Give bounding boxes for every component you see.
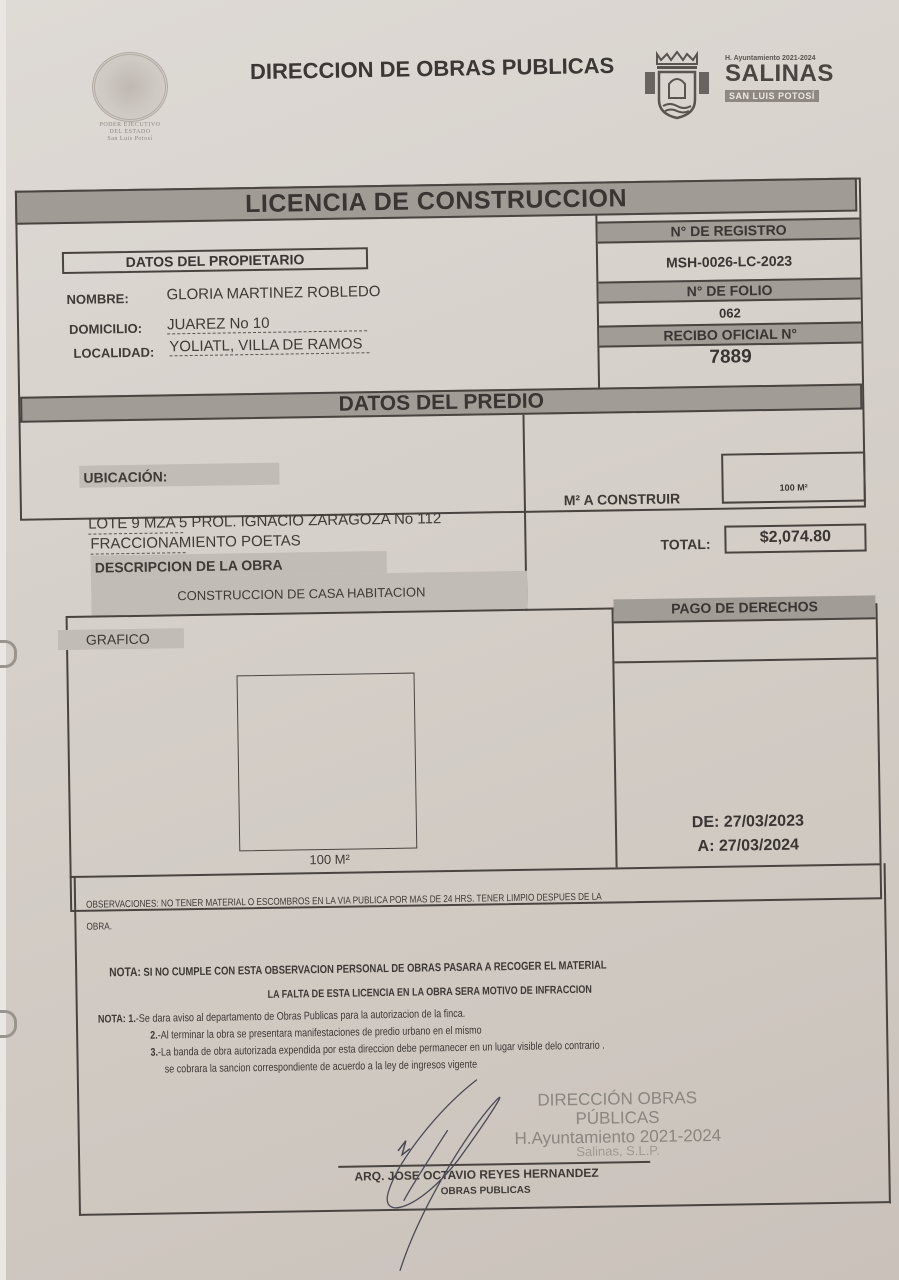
document-title: LICENCIA DE CONSTRUCCION bbox=[245, 184, 627, 218]
total-label: TOTAL: bbox=[660, 536, 710, 553]
localidad-value: YOLIATL, VILLA DE RAMOS bbox=[169, 335, 369, 356]
domicilio-value: JUAREZ No 10 bbox=[167, 313, 367, 334]
m2-label: M² A CONSTRUIR bbox=[564, 490, 681, 508]
localidad-label: LOCALIDAD: bbox=[73, 345, 154, 361]
grafico-label: GRAFICO bbox=[86, 631, 150, 648]
area-caption: 100 M² bbox=[309, 852, 350, 868]
total-value: $2,074.80 bbox=[760, 528, 831, 546]
m2-box: 100 M² bbox=[721, 451, 866, 503]
registro-label: N° DE REGISTRO bbox=[597, 218, 859, 244]
signature-scribble bbox=[357, 1068, 580, 1280]
descripcion-label: DESCRIPCION DE LA OBRA bbox=[95, 557, 283, 576]
recibo-label: RECIBO OFICIAL N° bbox=[599, 322, 861, 348]
m2-value: 100 M² bbox=[724, 481, 864, 493]
folio-label: N° DE FOLIO bbox=[598, 278, 860, 304]
observaciones-line2: OBRA. bbox=[86, 921, 112, 932]
nombre-label: NOMBRE: bbox=[66, 291, 128, 307]
ubicacion-label: UBICACIÓN: bbox=[83, 468, 167, 485]
total-box: $2,074.80 bbox=[724, 523, 866, 553]
pago-label: PAGO DE DERECHOS bbox=[613, 595, 875, 623]
recibo-value: 7889 bbox=[599, 345, 861, 371]
license-form: LICENCIA DE CONSTRUCCION DATOS DEL PROPI… bbox=[0, 0, 899, 1280]
nombre-value: GLORIA MARTINEZ ROBLEDO bbox=[166, 283, 380, 303]
ubicacion-line2: FRACCIONAMIENTO POETAS bbox=[90, 532, 301, 552]
area-diagram bbox=[237, 673, 418, 852]
domicilio-label: DOMICILIO: bbox=[69, 321, 142, 337]
